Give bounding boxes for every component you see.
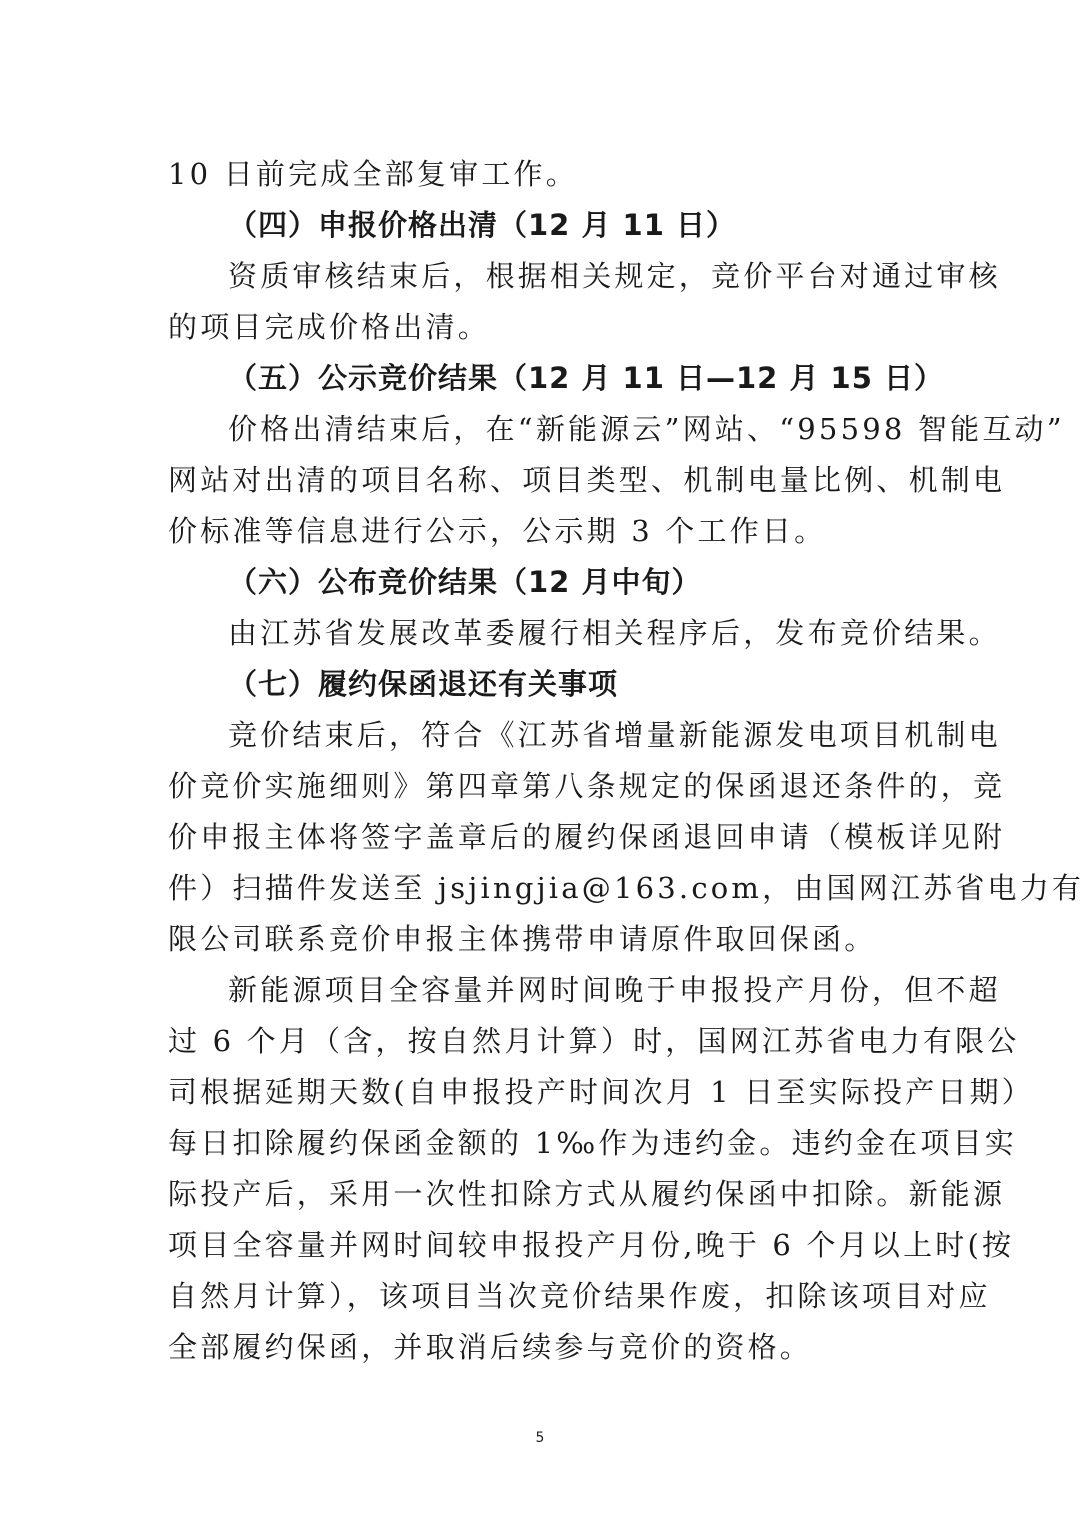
section-heading: （六）公布竞价结果（12 月中旬） <box>228 564 928 600</box>
paragraph-line: 自然月计算），该项目当次竞价结果作废，扣除该项目对应 <box>168 1278 928 1314</box>
paragraph-line: 竞价结束后，符合《江苏省增量新能源发电项目机制电 <box>228 717 928 753</box>
paragraph-line: 价申报主体将签字盖章后的履约保函退回申请（模板详见附 <box>168 819 928 855</box>
paragraph-line: 每日扣除履约保函金额的 1‰作为违约金。违约金在项目实 <box>168 1125 928 1161</box>
paragraph-line: 资质审核结束后，根据相关规定，竞价平台对通过审核 <box>228 258 928 294</box>
paragraph-line: 全部履约保函，并取消后续参与竞价的资格。 <box>168 1329 928 1365</box>
paragraph-line: 际投产后，采用一次性扣除方式从履约保函中扣除。新能源 <box>168 1176 928 1212</box>
paragraph-line: 价格出清结束后，在“新能源云”网站、“95598 智能互动” <box>228 411 928 447</box>
section-heading: （七）履约保函退还有关事项 <box>228 666 928 702</box>
document-page: 10 日前完成全部复审工作。（四）申报价格出清（12 月 11 日）资质审核结束… <box>0 0 1080 1528</box>
paragraph-line: 限公司联系竞价申报主体携带申请原件取回保函。 <box>168 921 928 957</box>
paragraph-line: 项目全容量并网时间较申报投产月份,晚于 6 个月以上时(按 <box>168 1227 928 1263</box>
paragraph-line: 价竞价实施细则》第四章第八条规定的保函退还条件的，竞 <box>168 768 928 804</box>
paragraph-line: 件）扫描件发送至 jsjingjia@163.com，由国网江苏省电力有 <box>168 870 928 906</box>
section-heading: （四）申报价格出清（12 月 11 日） <box>228 207 928 243</box>
paragraph-line: 网站对出清的项目名称、项目类型、机制电量比例、机制电 <box>168 462 928 498</box>
paragraph-line: 的项目完成价格出清。 <box>168 309 928 345</box>
paragraph-line: 10 日前完成全部复审工作。 <box>168 156 928 192</box>
paragraph-line: 由江苏省发展改革委履行相关程序后，发布竞价结果。 <box>228 615 928 651</box>
section-heading: （五）公示竞价结果（12 月 11 日—12 月 15 日） <box>228 360 928 396</box>
paragraph-line: 价标准等信息进行公示，公示期 3 个工作日。 <box>168 513 928 549</box>
paragraph-line: 新能源项目全容量并网时间晚于申报投产月份，但不超 <box>228 972 928 1008</box>
paragraph-line: 司根据延期天数(自申报投产时间次月 1 日至实际投产日期） <box>168 1074 928 1110</box>
paragraph-line: 过 6 个月（含，按自然月计算）时，国网江苏省电力有限公 <box>168 1023 928 1059</box>
page-number: 5 <box>0 1430 1080 1446</box>
